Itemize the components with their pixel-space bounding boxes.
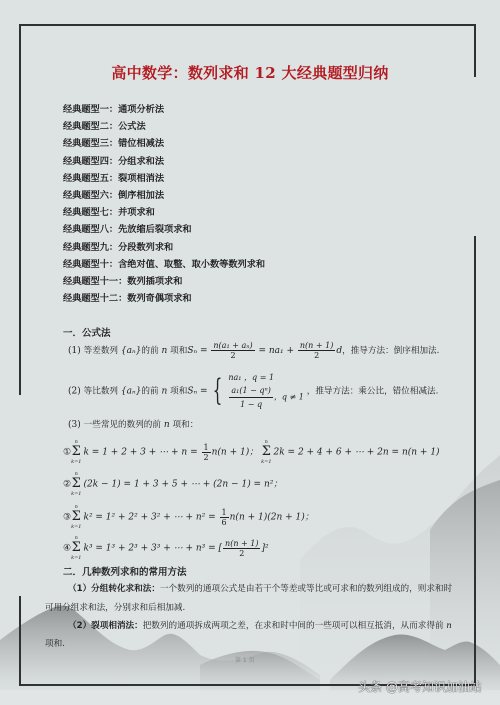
sum-formula-2: ②nΣk=1(2k − 1) = 1 + 3 + 5 + ⋯ + (2n − 1… — [63, 470, 282, 498]
topic-item: 经典题型三：错位相减法 — [63, 135, 265, 152]
sigma-symbol: nΣk=1 — [261, 438, 271, 466]
topic-list: 经典题型一：通项分析法 经典题型二：公式法 经典题型三：错位相减法 经典题型四：… — [63, 101, 265, 307]
sigma-symbol: nΣk=1 — [71, 534, 81, 562]
page-border-top — [19, 24, 476, 26]
source-watermark: 头条 @高考知识加油站 — [358, 678, 482, 695]
topic-item: 经典题型五：裂项相消法 — [63, 170, 265, 187]
sigma-symbol: nΣk=1 — [71, 438, 81, 466]
sum-formula-1: ①nΣk=1k = 1 + 2 + 3 + ⋯ + n = 12n(n + 1)… — [63, 438, 440, 466]
method-telescoping-continuation: 项和. — [45, 637, 65, 649]
sigma-symbol: nΣk=1 — [71, 470, 81, 498]
fraction: n(a₁ + aₙ)2 — [211, 341, 254, 360]
sum-formula-4: ④nΣk=1k³ = 1³ + 2³ + 3³ + ⋯ + n³ = [n(n … — [63, 534, 269, 562]
topic-item: 经典题型七：并项求和 — [63, 204, 265, 221]
common-sums-intro: (3) 一些常见的数列的前 n 项和： — [68, 418, 198, 430]
method-telescoping-paragraph: （2）裂项相消法：把数列的通项拆成两项之差，在求和时中间的一些项可以相互抵消，从… — [68, 619, 452, 631]
document-title: 高中数学：数列求和 12 大经典题型归纳 — [0, 62, 500, 83]
method-grouping-paragraph: （1）分组转化求和法：一个数列的通项公式是由若干个等差或等比或可求和的数列组成的… — [68, 582, 452, 594]
topic-item: 经典题型四：分组求和法 — [63, 153, 265, 170]
piecewise-cases: na₁ ，q = 1 a₁(1 − qⁿ)1 − q，q ≠ 1 — [228, 371, 303, 411]
topic-item: 经典题型八：先放缩后裂项求和 — [63, 221, 265, 238]
fraction: n(n + 1)2 — [298, 341, 335, 360]
page-border-left-lower — [19, 596, 21, 686]
fraction: n(n + 1)2 — [223, 539, 260, 558]
sigma-symbol: nΣk=1 — [71, 503, 81, 531]
topic-item: 经典题型十：含绝对值、取整、取小数等数列求和 — [63, 256, 265, 273]
topic-item: 经典题型十一：数列插项求和 — [63, 273, 265, 290]
page-border-right-lower — [474, 236, 476, 686]
method-grouping-continuation: 可用分组求和法，分别求和后相加减. — [45, 601, 185, 613]
topic-item: 经典题型九：分段数列求和 — [63, 239, 265, 256]
section-heading-common-methods: 二．几种数列求和的常用方法 — [63, 564, 187, 578]
geometric-sum-formula: (2) 等比数列 {aₙ}的前 n 项和Sₙ = { na₁ ，q = 1 a₁… — [68, 371, 438, 411]
page-number: 第 1 页 — [235, 655, 255, 664]
section-heading-formula-method: 一．公式法 — [63, 325, 111, 339]
fraction: 12 — [202, 443, 211, 462]
left-brace: { — [213, 376, 223, 406]
topic-item: 经典题型六：倒序相加法 — [63, 187, 265, 204]
topic-item: 经典题型一：通项分析法 — [63, 101, 265, 118]
topic-item: 经典题型十二：数列奇偶项求和 — [63, 290, 265, 307]
topic-item: 经典题型二：公式法 — [63, 118, 265, 135]
sum-formula-3: ③nΣk=1k² = 1² + 2² + 3² + ⋯ + n² = 16n(n… — [63, 503, 314, 531]
fraction: 16 — [220, 508, 229, 527]
arithmetic-sum-formula: (1) 等差数列 {aₙ}的前 n 项和Sₙ = n(a₁ + aₙ)2 = n… — [68, 341, 439, 360]
